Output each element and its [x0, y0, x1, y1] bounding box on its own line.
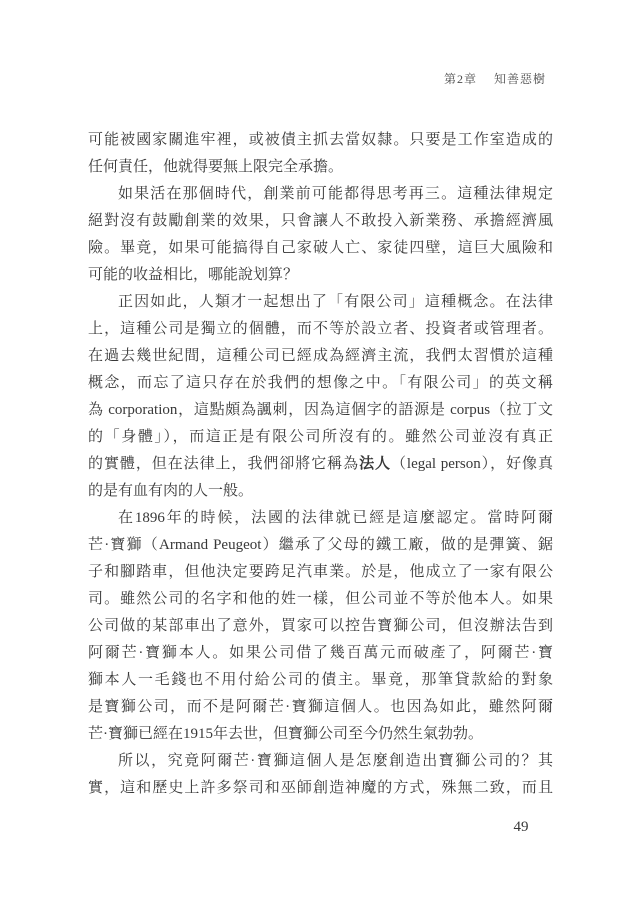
text-line: 上，這種公司是獨立的個體，而不等於設立者、投資者或管理者。 — [88, 316, 553, 343]
text-line: 芒·寶獅已經在1915年去世，但寶獅公司至今仍然生氣勃勃。 — [88, 721, 553, 748]
text-line: 所以，究竟阿爾芒·寶獅這個人是怎麼創造出寶獅公司的？其 — [88, 748, 553, 775]
text-line: 的「身體」），而這正是有限公司所沒有的。雖然公司並沒有真正 — [88, 424, 553, 451]
text-line: 阿爾芒·寶獅本人。如果公司借了幾百萬元而破產了，阿爾芒·寶 — [88, 640, 553, 667]
text-line: 正因如此，人類才一起想出了「有限公司」這種概念。在法律 — [88, 289, 553, 316]
text-line: 的實體，但在法律上，我們卻將它稱為法人（legal person），好像真 — [88, 451, 553, 478]
text-segment: 的實體，但在法律上，我們卻將它稱為 — [88, 456, 359, 472]
text-line: 如果活在那個時代，創業前可能都得思考再三。這種法律規定 — [88, 181, 553, 208]
text-line: 險。畢竟，如果可能搞得自己家破人亡、家徒四壁，這巨大風險和 — [88, 235, 553, 262]
body-text: 可能被國家關進牢裡，或被債主抓去當奴隸。只要是工作室造成的任何責任，他就得要無上… — [88, 127, 553, 802]
text-line: 可能被國家關進牢裡，或被債主抓去當奴隸。只要是工作室造成的 — [88, 127, 553, 154]
chapter-title: 知善惡樹 — [494, 72, 546, 86]
chapter-number: 第2章 — [444, 72, 477, 86]
paragraph: 在1896年的時候，法國的法律就已經是這麼認定。當時阿爾芒·寶獅（Armand … — [88, 505, 553, 748]
book-page: 第2章 知善惡樹 可能被國家關進牢裡，或被債主抓去當奴隸。只要是工作室造成的任何… — [0, 0, 641, 900]
paragraph: 正因如此，人類才一起想出了「有限公司」這種概念。在法律上，這種公司是獨立的個體，… — [88, 289, 553, 505]
bold-term: 法人 — [359, 456, 391, 472]
paragraph: 所以，究竟阿爾芒·寶獅這個人是怎麼創造出寶獅公司的？其實，這和歷史上許多祭司和巫… — [88, 748, 553, 802]
text-line: 在1896年的時候，法國的法律就已經是這麼認定。當時阿爾 — [88, 505, 553, 532]
text-line: 芒·寶獅（Armand Peugeot）繼承了父母的鐵工廠，做的是彈簧、鋸 — [88, 532, 553, 559]
running-header: 第2章 知善惡樹 — [444, 70, 546, 87]
text-line: 實，這和歷史上許多祭司和巫師創造神魔的方式，殊無二致，而且 — [88, 775, 553, 802]
text-segment: （legal person），好像真 — [391, 456, 553, 472]
text-line: 司。雖然公司的名字和他的姓一樣，但公司並不等於他本人。如果 — [88, 586, 553, 613]
text-line: 子和腳踏車，但他決定要跨足汽車業。於是，他成立了一家有限公 — [88, 559, 553, 586]
paragraph: 如果活在那個時代，創業前可能都得思考再三。這種法律規定絕對沒有鼓勵創業的效果，只… — [88, 181, 553, 289]
text-line: 可能的收益相比，哪能說划算？ — [88, 262, 553, 289]
text-line: 任何責任，他就得要無上限完全承擔。 — [88, 154, 553, 181]
text-line: 為 corporation，這點頗為諷刺，因為這個字的語源是 corpus（拉丁… — [88, 397, 553, 424]
text-line: 是寶獅公司，而不是阿爾芒·寶獅這個人。也因為如此，雖然阿爾 — [88, 694, 553, 721]
text-line: 概念，而忘了這只存在於我們的想像之中。「有限公司」的英文稱 — [88, 370, 553, 397]
text-line: 在過去幾世紀間，這種公司已經成為經濟主流，我們太習慣於這種 — [88, 343, 553, 370]
text-line: 絕對沒有鼓勵創業的效果，只會讓人不敢投入新業務、承擔經濟風 — [88, 208, 553, 235]
text-line: 獅本人一毛錢也不用付給公司的債主。畢竟，那筆貸款給的對象 — [88, 667, 553, 694]
page-number: 49 — [506, 819, 536, 836]
text-line: 的是有血有肉的人一般。 — [88, 478, 553, 505]
paragraph: 可能被國家關進牢裡，或被債主抓去當奴隸。只要是工作室造成的任何責任，他就得要無上… — [88, 127, 553, 181]
text-line: 公司做的某部車出了意外，買家可以控告寶獅公司，但沒辦法告到 — [88, 613, 553, 640]
